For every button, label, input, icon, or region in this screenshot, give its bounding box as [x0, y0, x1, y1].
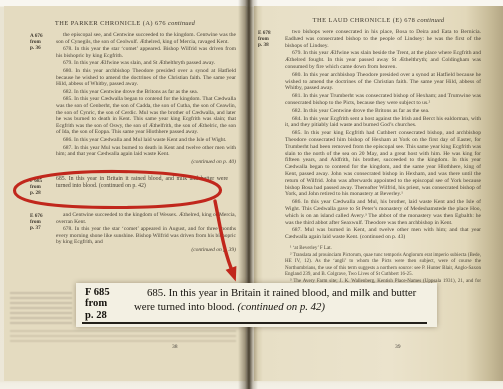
margin-note-a676: A 676fromp. 36 [30, 33, 56, 51]
book-spine-shadow [238, 0, 258, 389]
callout-annal-text: 685. In this year in Britain it rained b… [134, 287, 429, 321]
annal-paragraph: 680. In this year archbishop Theodore pr… [56, 68, 236, 88]
margin-note-line: p. 28 [30, 190, 56, 196]
annal-paragraph: 682. In this year Centwine drove the Bri… [56, 89, 236, 96]
annal-paragraph: 686. In this year Cædwalla and Mul, his … [285, 199, 481, 226]
annal-paragraph: 687. Mul was burned in Kent, and twelve … [285, 227, 481, 241]
callout-continuation: (continued on p. 42) [237, 301, 325, 313]
annal-paragraph: 682. In this year Centwine drove the Bri… [285, 108, 481, 115]
right-page-header-continued: continued [417, 17, 444, 24]
right-page-number: 39 [395, 344, 401, 350]
callout-rule [82, 322, 427, 324]
annal-paragraph: 681. In this year Trumberht was consecra… [285, 93, 481, 107]
left-page-lower-body: and Centwine succeeded to the kingdom of… [56, 212, 236, 272]
left-page-number: 38 [172, 344, 178, 350]
left-page-header-continued: continued [168, 20, 195, 27]
show-through-text [10, 292, 72, 326]
left-page-header-title: THE PARKER CHRONICLE (A) 676 [55, 20, 168, 27]
margin-note-f685: F 685fromp. 28 [30, 178, 56, 196]
magnified-callout: F 685fromp. 28 685. In this year in Brit… [76, 283, 437, 327]
annal-paragraph: (continued on p. 40) [56, 159, 236, 166]
margin-note-e678: E 678fromp. 38 [258, 30, 284, 48]
margin-note-line: p. 38 [258, 42, 284, 48]
margin-note-e676: E 676fromp. 37 [30, 213, 56, 231]
annal-paragraph: two bishops were consecrated in his plac… [285, 29, 481, 49]
annal-paragraph: 678. In this year the star ‘comet’ appea… [56, 46, 236, 59]
footnote: ² Translata ad prouinciam Pictorum, quae… [285, 253, 481, 278]
callout-margin-line: F 685 [85, 287, 125, 298]
footnote: ¹ ‘at Beverley’ F Lat. [285, 246, 481, 252]
annal-paragraph: 679. In this year Ælfwine was slain besi… [285, 50, 481, 70]
left-page-header: THE PARKER CHRONICLE (A) 676 continued [4, 20, 246, 27]
annal-paragraph: 679. In this year Ælfwine was slain, and… [56, 60, 236, 67]
margin-note-line: p. 37 [30, 225, 56, 231]
annal-paragraph: 684. In this year Ecgfrith sent a host a… [285, 116, 481, 130]
callout-margin-reference: F 685fromp. 28 [85, 287, 125, 321]
annal-paragraph: 680. In this year archbishop Theodore pr… [285, 72, 481, 92]
annal-paragraph: 685. In this year Cædwalla began to cont… [56, 96, 236, 136]
book-scan-spread: THE PARKER CHRONICLE (A) 676 continued A… [0, 0, 503, 389]
right-page-header: THE LAUD CHRONICLE (E) 678 continued [254, 17, 503, 24]
annal-paragraph: 686. In this year Cædwalla and Mul laid … [56, 137, 236, 144]
callout-margin-line: p. 28 [85, 310, 125, 321]
annal-paragraph: 685. In this year king Ecgfrith had Cuth… [285, 130, 481, 198]
annal-paragraph: and Centwine succeeded to the kingdom of… [56, 212, 236, 225]
annal-paragraph: the episcopal see, and Centwine succeede… [56, 32, 236, 45]
show-through-text [10, 330, 236, 342]
annal-paragraph: 678. In this year the star ‘comet’ appea… [56, 226, 236, 246]
left-page-body: the episcopal see, and Centwine succeede… [56, 32, 236, 172]
annal-paragraph: 687. In this year Mul was burned to deat… [56, 145, 236, 158]
right-page-header-title: THE LAUD CHRONICLE (E) 678 [313, 17, 418, 24]
annal-paragraph: (continued on p. 39) [56, 247, 236, 254]
circled-annal: 685. In this year in Britain it rained b… [56, 176, 228, 191]
margin-note-line: p. 36 [30, 45, 56, 51]
callout-margin-line: from [85, 298, 125, 309]
